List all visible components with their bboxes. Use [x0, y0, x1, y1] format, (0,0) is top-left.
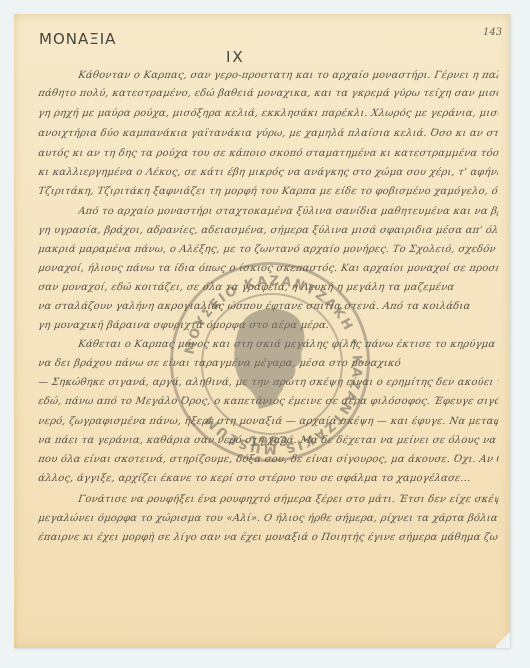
- portrait-silhouette-icon: [229, 305, 309, 415]
- handwritten-line: μεγαλώνει όμορφα το χώρισμα του «Αλί». Ο…: [37, 513, 499, 527]
- handwritten-line: γη υγρασία, βράχοι, αδρανίες, αδειασμένα…: [37, 225, 499, 239]
- handwritten-line: μακριά μαραμένα πάνω, ο Αλέξης, με το ζω…: [37, 244, 499, 258]
- handwritten-line: Από το αρχαίο μοναστήρι σταχτοκαμένα ξύλ…: [77, 206, 499, 220]
- handwritten-line: κι καλλιεργημένα ο Λέκος, σε κάτι έβη μι…: [37, 167, 499, 181]
- handwritten-line: Τζιριτάκη, Τζιριτάκη ξαφνιάζει τη μορφή …: [37, 186, 499, 200]
- chapter-heading: IX: [226, 48, 245, 66]
- handwritten-line: γη ρηχή με μαύρα ρούχα, μισόξηρα κελιά, …: [37, 108, 499, 122]
- manuscript-title: ΜΟΝΑΞΙΑ: [39, 30, 116, 48]
- handwritten-line: Γονάτισε να ρουφήξει ένα ρουφηχτό σήμερα…: [77, 494, 499, 508]
- stamp-year: 1983: [249, 435, 289, 450]
- handwritten-line: πάθητο πολύ, κατεστραμένο, εδώ βαθειά μο…: [37, 88, 499, 102]
- handwritten-line: ανοιχτήρια δύο καμπανάκια γαϊτανάκια γύρ…: [37, 128, 499, 142]
- museum-stamp: ΜΟΥΣΕΙΟ ΚΑΖΑΝΤΖΑΚΗ • KAZANTZAKIS MUSEUM …: [170, 262, 370, 462]
- page-number: 143: [483, 27, 502, 38]
- handwritten-line: άλλος, άγγιξε, αρχίζει έκανε το κερί στο…: [37, 473, 499, 487]
- handwritten-line: Κάθονταν ο Καρπας, σαν γερο-προστατη και…: [77, 70, 499, 84]
- handwritten-line: έπαιρνε κι έχει μορφή σε λίγο σαν να έχε…: [37, 532, 499, 546]
- handwritten-line: αυτός κι αν τη δης τα ρούχα του σε κάποι…: [37, 148, 499, 162]
